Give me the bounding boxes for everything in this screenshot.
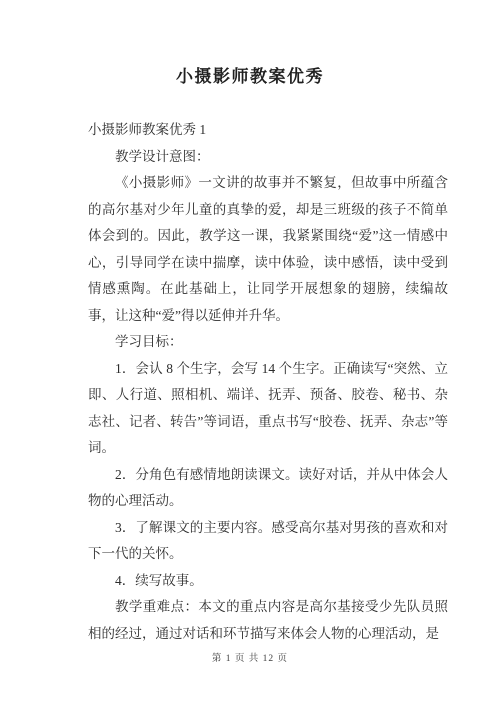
- paragraph-goal-4: 4．续写故事。: [88, 568, 448, 595]
- paragraph-goal-2: 2．分角色有感情地朗读课文。读好对话，并从中体会人物的心理活动。: [88, 462, 448, 515]
- document-title: 小摄影师教案优秀: [0, 0, 500, 90]
- paragraph-design-intent-body: 《小摄影师》一文讲的故事并不繁复，但故事中所蕴含的高尔基对少年儿童的真挚的爱，却…: [88, 170, 448, 329]
- page-number-footer: 第 1 页 共 12 页: [0, 653, 500, 665]
- paragraph-subtitle: 小摄影师教案优秀 1: [88, 117, 448, 144]
- paragraph-section-learning-goals: 学习目标：: [88, 329, 448, 356]
- paragraph-section-design-intent: 教学设计意图：: [88, 144, 448, 171]
- document-body: 小摄影师教案优秀 1 教学设计意图： 《小摄影师》一文讲的故事并不繁复，但故事中…: [88, 117, 448, 647]
- document-page: 小摄影师教案优秀 小摄影师教案优秀 1 教学设计意图： 《小摄影师》一文讲的故事…: [0, 0, 500, 707]
- paragraph-goal-3: 3．了解课文的主要内容。感受高尔基对男孩的喜欢和对下一代的关怀。: [88, 515, 448, 568]
- paragraph-key-points: 教学重难点：本文的重点内容是高尔基接受少先队员照相的经过，通过对话和环节描写来体…: [88, 594, 448, 647]
- paragraph-goal-1: 1．会认 8 个生字，会写 14 个生字。正确读写“突然、立即、人行道、照相机、…: [88, 356, 448, 462]
